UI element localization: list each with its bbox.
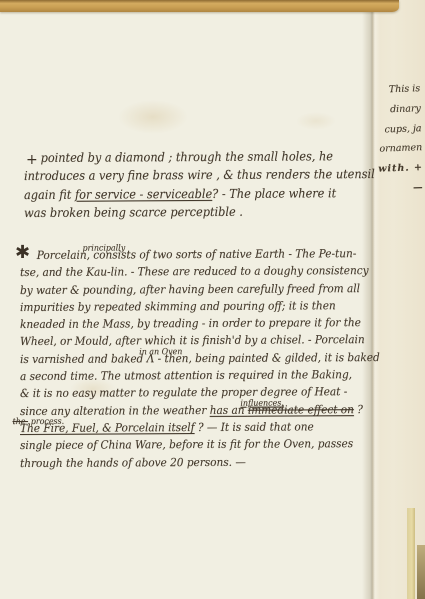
insertion-word: process.: [31, 417, 64, 427]
text-segment: ? — It is said that one: [195, 420, 314, 434]
manuscript-line: since any alteration in the weather has …: [20, 401, 366, 420]
insertion-word: in an Oven: [139, 347, 182, 357]
adjacent-page-text-fragment: with. + —: [367, 158, 424, 200]
text-segment: kneaded in the Mass, by treading - in or…: [20, 316, 361, 331]
interlinear-insertion: influences.: [240, 399, 286, 408]
insertion-word: principally: [82, 243, 125, 253]
left-page-text: +pointed by a diamond ; through the smal…: [0, 0, 425, 599]
manuscript-line: is varnished and baked Λin an Oven - the…: [20, 349, 366, 368]
text-segment: by water & pounding, after having been c…: [20, 282, 360, 297]
interlinear-anchor: Λin an Oven: [147, 352, 155, 365]
interlinear-insertion: in an Oven: [139, 348, 185, 357]
text-segment: ? - The place where it: [212, 186, 336, 201]
insertion-word: influences.: [240, 398, 283, 408]
text-segment: single piece of China Ware, before it is…: [20, 437, 353, 452]
manuscript-line: introduces a very fine brass wire , & th…: [24, 166, 348, 186]
text-segment: since any alteration in the weather: [20, 404, 210, 418]
right-page-fragments: This isdinarycups, jaornamenwith. + ——: [364, 79, 425, 207]
interlinear-insertion: principally: [82, 244, 128, 253]
text-segment: again fit: [24, 188, 75, 202]
manuscript-line: pointed by a diamond ; through the small…: [24, 147, 348, 167]
text-segment: introduces a very fine brass wire , & th…: [24, 167, 375, 183]
text-segment: was broken being scarce perceptible .: [24, 205, 243, 220]
adjacent-page-text-fragment: cups, ja: [365, 119, 422, 141]
manuscript-photo: +pointed by a diamond ; through the smal…: [0, 0, 425, 599]
manuscript-line: tse, and the Kau-lin. - These are reduce…: [20, 262, 366, 281]
text-segment: & it is no easy matter to regulate the p…: [20, 386, 347, 401]
text-segment: for service - serviceable: [75, 187, 212, 202]
text-segment: a second time. The utmost attention is r…: [20, 368, 352, 383]
text-segment: ?: [354, 403, 363, 416]
text-segment: consists of two sorts of native Earth - …: [90, 247, 356, 261]
manuscript-line: through the hands of above 20 persons. —: [20, 453, 366, 472]
text-segment: pointed by a diamond ; through the small…: [41, 149, 333, 165]
text-segment: through the hands of above 20 persons. —: [20, 455, 246, 469]
manuscript-line: & it is no easy matter to regulate the p…: [20, 383, 366, 402]
adjacent-page-text-fragment: ornamen: [366, 138, 423, 160]
manuscript-paragraph: +pointed by a diamond ; through the smal…: [24, 149, 376, 223]
text-segment: - then, being painted & gilded, it is ba…: [154, 351, 379, 365]
manuscript-line: by water & pounding, after having been c…: [20, 280, 366, 299]
text-segment: tse, and the Kau-lin. - These are reduce…: [20, 264, 369, 279]
text-segment: impurities by repeated skimming and pour…: [20, 299, 336, 314]
adjacent-page-text-fragment: This is: [364, 79, 421, 101]
interlinear-insertion: the process.: [13, 418, 67, 427]
text-segment: is varnished and baked: [20, 352, 147, 366]
manuscript-line: was broken being scarce perceptible .: [24, 202, 348, 222]
insertion-word: the: [13, 417, 29, 427]
manuscript-line: again fit for service - serviceable? - T…: [24, 184, 348, 204]
manuscript-paragraph: ✱Porcelain,principally consists of two s…: [20, 247, 392, 472]
adjacent-page-text-fragment: dinary: [365, 99, 422, 121]
manuscript-line: Wheel, or Mould, after which it is finis…: [20, 332, 366, 351]
text-segment: Wheel, or Mould, after which it is finis…: [20, 334, 365, 349]
manuscript-line: single piece of China Ware, before it is…: [20, 435, 366, 454]
manuscript-line: impurities by repeated skimming and pour…: [20, 297, 366, 316]
